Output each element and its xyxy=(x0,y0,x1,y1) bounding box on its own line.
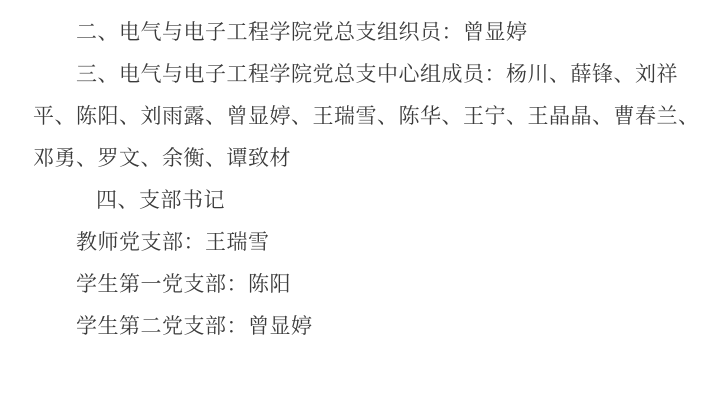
document-line-teacher-branch: 教师党支部：王瑞雪 xyxy=(33,221,690,263)
document-line-name-list-wrap-1: 平、陈阳、刘雨露、曾显婷、王瑞雪、陈华、王宁、王晶晶、曹春兰、 xyxy=(33,95,690,137)
document-line-heading-4: 四、支部书记 xyxy=(33,179,690,221)
document-line-name-list-wrap-2: 邓勇、罗文、余衡、谭致材 xyxy=(33,137,690,179)
document-line-student-branch-2: 学生第二党支部：曾显婷 xyxy=(33,305,690,347)
document-page: 二、电气与电子工程学院党总支组织员：曾显婷 三、电气与电子工程学院党总支中心组成… xyxy=(0,0,704,414)
document-line-student-branch-1: 学生第一党支部：陈阳 xyxy=(33,263,690,305)
document-line-heading-3: 三、电气与电子工程学院党总支中心组成员：杨川、薛锋、刘祥 xyxy=(33,53,690,95)
document-line-heading-2: 二、电气与电子工程学院党总支组织员：曾显婷 xyxy=(33,11,690,53)
